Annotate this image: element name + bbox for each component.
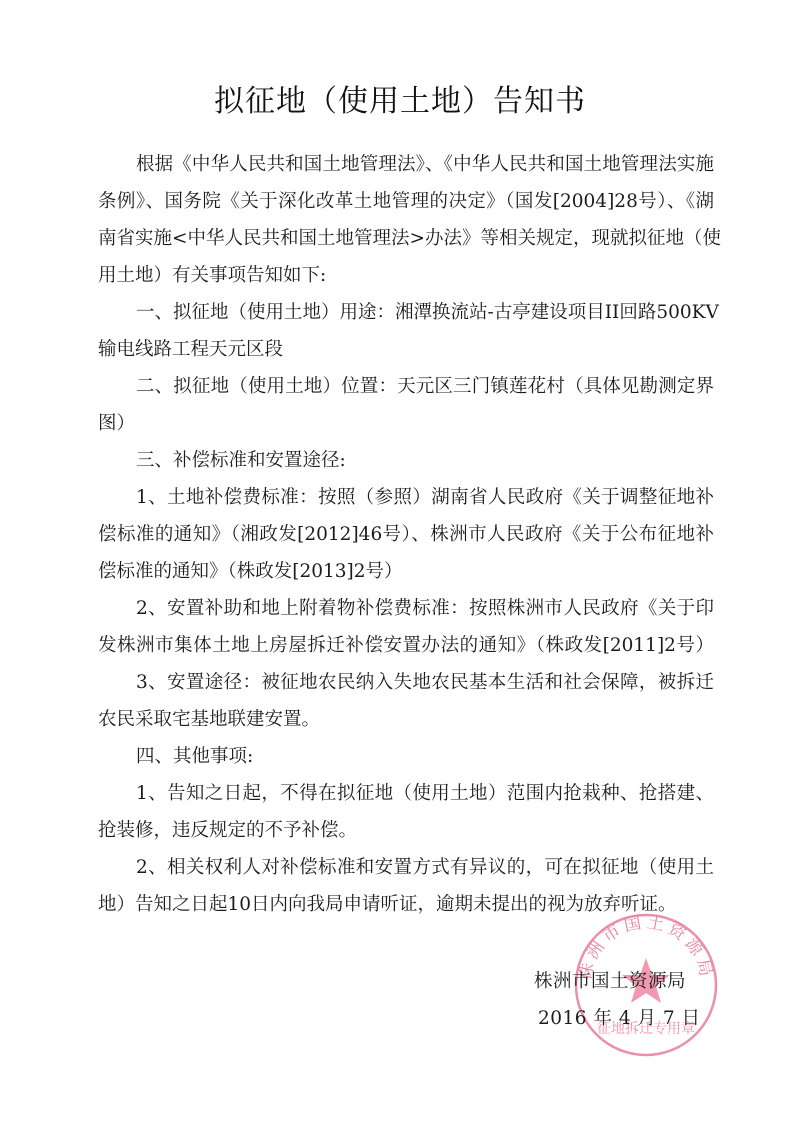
issuer-name: 株洲市国土资源局 [534, 970, 686, 994]
body-line-3: 南省实施<中华人民共和国土地管理法>办法》等相关规定，现就拟征地（使 [98, 227, 714, 251]
section-2-location-line-1: 二、拟征地（使用土地）位置：天元区三门镇莲花村（具体见勘测定界 [136, 375, 714, 399]
section-3-item-2-line-1: 2、安置补助和地上附着物补偿费标准：按照株洲市人民政府《关于印 [136, 597, 714, 621]
body-line-2: 条例》、国务院《关于深化改革土地管理的决定》（国发[2004]28号）、《湖 [98, 190, 714, 214]
section-1-purpose-line-2: 输电线路工程天元区段 [98, 338, 714, 362]
section-4-item-1-line-1: 1、告知之日起，不得在拟征地（使用土地）范围内抢栽种、抢搭建、 [136, 782, 714, 806]
document-title: 拟征地（使用土地）告知书 [0, 76, 800, 120]
section-3-item-1-line-2: 偿标准的通知》（湘政发[2012]46号）、株洲市人民政府《关于公布征地补 [98, 523, 714, 547]
issue-date: 2016 年 4 月 7 日 [538, 1007, 701, 1031]
section-3-item-3-line-2: 农民采取宅基地联建安置。 [98, 708, 714, 732]
section-4-item-2-line-1: 2、相关权利人对补偿标准和安置方式有异议的，可在拟征地（使用土 [136, 856, 714, 880]
section-4-heading: 四、其他事项: [136, 745, 714, 769]
document-page: 拟征地（使用土地）告知书 根据《中华人民共和国土地管理法》、《中华人民共和国土地… [0, 0, 800, 1130]
section-4-item-1-line-2: 抢装修，违反规定的不予补偿。 [98, 819, 714, 843]
section-1-purpose-line-1: 一、拟征地（使用土地）用途：湘潭换流站-古亭建设项目II回路500KV [136, 301, 714, 325]
section-3-item-3-line-1: 3、安置途径：被征地农民纳入失地农民基本生活和社会保障，被拆迁 [136, 671, 714, 695]
section-3-item-1-line-3: 偿标准的通知》（株政发[2013]2号） [98, 560, 714, 584]
section-4-item-2-line-2: 地）告知之日起10日内向我局申请听证，逾期未提出的视为放弃听证。 [98, 893, 714, 917]
section-3-item-1-line-1: 1、土地补偿费标准：按照（参照）湖南省人民政府《关于调整征地补 [136, 486, 714, 510]
body-line-4: 用土地）有关事项告知如下: [98, 264, 714, 288]
section-3-heading: 三、补偿标准和安置途径: [136, 449, 714, 473]
body-line-1: 根据《中华人民共和国土地管理法》、《中华人民共和国土地管理法实施 [136, 153, 714, 177]
section-2-location-line-2: 图） [98, 412, 714, 436]
section-3-item-2-line-2: 发株洲市集体土地上房屋拆迁补偿安置办法的通知》（株政发[2011]2号） [98, 634, 714, 658]
